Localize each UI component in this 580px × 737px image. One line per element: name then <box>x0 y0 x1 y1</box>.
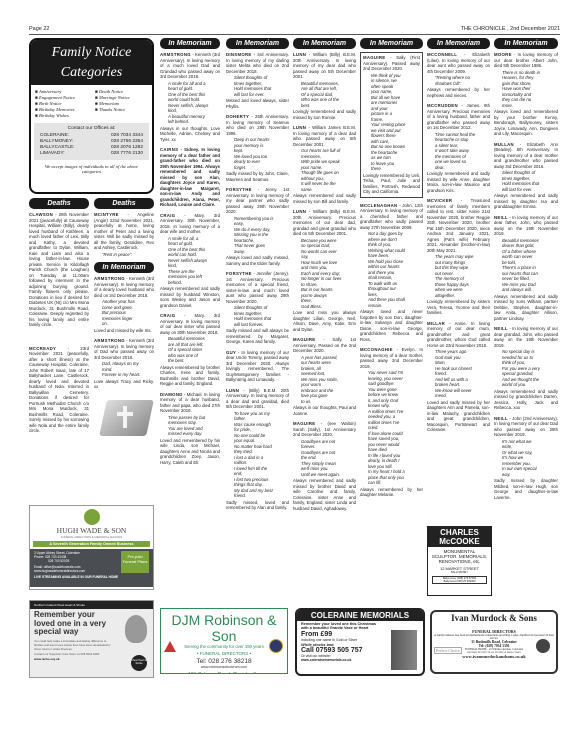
notice-signoff: Always in our thoughts. Love Michelle, A… <box>160 126 220 143</box>
category-item: Memoriam <box>95 101 154 106</box>
ad-ivan-murdock: Ivan Murdock & Sons FUNERAL DIRECTORS A … <box>430 610 558 674</box>
notice-name: FORSYTHE <box>226 187 252 192</box>
crest-icon <box>269 639 283 653</box>
notice-text: - 23rd November 2021 (peacefully, after … <box>29 346 89 434</box>
notice-name: CAIRNS <box>160 147 178 152</box>
notice-verse: The years may wipe out many things but t… <box>427 254 490 298</box>
djm-address: 121 Culcrum Road, Cloughmills, <box>161 672 287 674</box>
notice-name: LUNN <box>293 125 306 130</box>
notice-signoff: Missed and loved always, sister Phyllis. <box>226 98 289 109</box>
notice-name: MULLAN <box>494 142 514 147</box>
notice-signoff: Always remembered and sadly missed by da… <box>494 193 558 210</box>
notice-forsythe: FORSYTHE - Jennifer (Jenny). 1st Anniver… <box>226 271 289 345</box>
notice-name: DOHERTY <box>226 114 249 119</box>
notice-signoff: Sadly missed, loved and remembered by Al… <box>226 500 289 511</box>
notice-name: CRAIG <box>160 313 175 318</box>
notice-name: MILLAR <box>427 321 445 326</box>
notice-mcvicker: MCVICKER - Treasured memories of family … <box>427 198 490 316</box>
notice-signoff: Always remembered and sadly missed by gr… <box>494 389 558 411</box>
notice-name: MCCRUDDEN <box>427 103 458 108</box>
notice-maguire: MAGUIRE - Sally. 1st Anniversary. Passed… <box>293 337 356 416</box>
notice-text: - Angeline (Angie) 22nd November 2021, p… <box>94 212 154 250</box>
notice-armstrong: ARMSTRONG - Kenneth (3rd Anniversary). I… <box>94 276 154 333</box>
notice-lunn: LUNN - William (Billy) B.E.M. 20th Anniv… <box>293 209 356 332</box>
notice-name: ARMSTRONG <box>160 52 191 57</box>
notice-signoff: Lovingly remembered by sisters Vera, Ter… <box>427 299 490 316</box>
notice-signoff: Loved and missed by wife Iris. <box>94 328 154 334</box>
notice-name: MCCONAGHIE <box>360 347 393 352</box>
notice-verse: Silent thoughts of times together, Hold … <box>494 170 558 192</box>
hugh-wade-sub: FUNERAL DIRECTORS & MEMORIAL MASONS <box>30 535 153 539</box>
notice-signoff: Always remembered and sadly missed by so… <box>293 193 356 204</box>
notice-verse: We think of you in silence, we often spe… <box>363 73 420 172</box>
office-row: LIMAVADY:028 7776 2130 <box>40 151 143 157</box>
notice-verse: "Rest in peace". <box>94 252 154 258</box>
notice-signoff: Sadly missed by by John, Claire, Maureen… <box>226 171 289 182</box>
ad-chest-heart-stroke: Northern Ireland Chest Heart & Stroke Re… <box>29 600 154 678</box>
deaths-banner: Deaths <box>29 198 89 209</box>
notice-verse: Beautiful memories, Are all that are lef… <box>293 81 356 109</box>
notice-verse: Beautiful memories are all that are left… <box>160 336 220 364</box>
category-item: Birth Notice <box>35 101 93 106</box>
hugh-wade-logo-icon <box>84 509 100 525</box>
hugh-wade-name: HUGH WADE & SON <box>30 526 153 535</box>
notice-name: MCCREADY <box>29 346 56 351</box>
mccooke-services: MONUMENTAL SCULPTOR, MEMORIALS, RENOVATI… <box>428 547 491 566</box>
notice-verse: Another year has come and gone. But prec… <box>94 299 154 327</box>
notice-signoff: Always remembered and sadly missed by so… <box>494 294 558 322</box>
notice-signoff: Always remembered and sadly missed by hu… <box>160 286 220 308</box>
ad-djm-robinson: DJM Robinson & Son Serving the community… <box>160 608 288 674</box>
notice-verse: You never said I'm leaving, you never sa… <box>360 370 423 486</box>
notice-name: LUNN <box>226 388 239 393</box>
memoriam-banner: In Memoriam <box>160 38 220 49</box>
notice-lunn: LUNN - (Billy) B.E.M. 20th Anniversary. … <box>226 388 289 511</box>
notice-name: MAGUIRE <box>293 337 315 342</box>
notice-moore: MOORE - In loving memory of our dear bro… <box>494 52 558 137</box>
notice-mcconaghie: MCCONAGHIE - Evelyn. In loving memory of… <box>360 347 423 498</box>
chest-body: You could help make a immediate and last… <box>30 639 116 651</box>
notice-signoff: Sadly missed and will always be remember… <box>226 328 289 345</box>
notice-neill: NEILL - In loving memory of our dear gra… <box>494 326 558 411</box>
notice-name: LUNN <box>293 52 306 57</box>
notice-neill: NEILL - In loving memory of our dear fat… <box>494 215 558 322</box>
notice-name: DIAMOND <box>160 392 183 397</box>
deaths-banner: Deaths <box>94 198 154 209</box>
flower-icon <box>125 615 147 643</box>
memoriam-banner: In Memoriam <box>360 38 423 49</box>
chest-logo: Chest Heart & Stroke <box>131 655 147 671</box>
notice-text: - Treasured memories of family members c… <box>427 198 490 253</box>
notice-verse: Goodbyes are not forever. Goodbyes are n… <box>293 439 356 478</box>
ad-charles-mccooke: CHARLES McCOOKE MONUMENTAL SCULPTOR, MEM… <box>427 526 492 596</box>
family-notice-categories: Family Notice Categories Anniversary Dea… <box>29 38 154 194</box>
notice-name: MAGUIRE <box>363 55 385 60</box>
notice-verse: A year has passed, our hearts were broke… <box>293 355 356 405</box>
memoriam-banner: In Memoriam <box>293 38 356 49</box>
notice-name: DINSMORE <box>226 52 252 57</box>
category-item: Engagement Notice <box>35 95 93 100</box>
mccooke-name: CHARLES <box>428 528 491 537</box>
category-item: Anniversary <box>35 89 93 94</box>
notice-forsythe: FORSYTHE - Jenny. 1st Anniversary. In lo… <box>226 187 289 266</box>
notice-verse: Three years ago God took you Mum, He too… <box>427 349 490 399</box>
notice-name: MCINTYRE <box>94 212 119 217</box>
djm-name: DJM Robinson & Son <box>161 612 287 644</box>
notice-verse: Silent thoughts of times together, Hold … <box>226 75 289 97</box>
notice-name: MCVICKER <box>427 198 452 203</box>
page-header: Page 22 THE CHRONICLE , 2nd December 202… <box>29 26 560 35</box>
mccooke-town: BALLYMONEY <box>428 571 491 574</box>
notice-mccrudden: MCCRUDDEN - James. 9th Anniversary. Prec… <box>427 103 490 193</box>
notice-verse: Beautiful memories dearer than gold, Of … <box>494 238 558 293</box>
notice-dinsmore: DINSMORE - 3rd Anniversary. In loving me… <box>226 52 289 109</box>
notice-doherty: DOHERTY - 25th Anniversary. In loving me… <box>226 114 289 182</box>
category-list: Anniversary Death Notice Engagement Noti… <box>31 85 152 121</box>
notice-lunn: LUNN - William (Billy) B.E.M. 20th Anniv… <box>293 52 356 120</box>
column-deaths-1: Deaths CLAWSON - 28th November 2021 (pea… <box>29 198 89 439</box>
ad-hugh-wade: HUGH WADE & SON FUNERAL DIRECTORS & MEMO… <box>29 505 154 590</box>
notice-signoff: Sadly missed by daughter Mildred, son-in… <box>494 478 558 500</box>
column-memoriam-4: In Memoriam DINSMORE - 3rd Anniversary. … <box>226 38 289 516</box>
notice-verse: It's not what we write, Or what we say, … <box>494 439 558 478</box>
notice-name: MAGUIRE <box>293 421 315 426</box>
notice-name: LUNN <box>293 209 306 214</box>
murdock-website[interactable]: www.ivanmurdockandsons.co.uk <box>432 654 556 659</box>
notice-neill: NEILL - John (2nd Anniversary). In lovin… <box>494 416 558 501</box>
notice-verse: "Resting where no shadows fall". <box>427 75 490 86</box>
ad-coleraine-memorials: COLERAINE MEMORIALS Remember your loved … <box>295 608 425 676</box>
hugh-wade-contact: 3 Upper Abbey Street, Coleraine Phone: 0… <box>30 549 153 587</box>
notice-mcclenaghan: MCCLENAGHAN - John. 12th Anniversary. In… <box>360 203 423 343</box>
chest-top: Northern Ireland Chest Heart & Stroke <box>30 601 153 609</box>
notice-text: - Sidney. In loving memory of a dear fat… <box>160 147 220 207</box>
office-phone: 028 7776 2130 <box>111 151 143 157</box>
categories-title: Family Notice Categories <box>31 40 152 85</box>
notice-verse: To have you as my father, Was cause enou… <box>226 411 289 499</box>
category-item: Marriage Notice <box>95 95 154 100</box>
notice-signoff: Always loved and never forgotten by son … <box>360 309 423 342</box>
hugh-wade-streaming: LIVE STREAMING AVAILABLE IN OUR FUNERAL … <box>34 575 149 579</box>
djm-sub: • FUNERAL DIRECTORS • <box>161 651 287 656</box>
category-item: Birthday Wishes <box>35 113 93 118</box>
djm-website[interactable]: www.robinsonsofculcrum.com <box>161 665 287 669</box>
memoriam-banner: In Memoriam <box>226 38 289 49</box>
notice-name: CLAWSON <box>29 212 53 217</box>
notice-signoff: Always in our thoughts, Paul and Joanne. <box>293 405 356 416</box>
memoriam-banner: In Memoriam <box>94 262 154 273</box>
hugh-wade-tagline: A Seventh Generation Family Owned Busine… <box>33 541 150 547</box>
notice-signoff: Love always Tracy and Ricky. xx <box>94 379 154 390</box>
notice-name: CRAIG <box>160 213 175 218</box>
column-deaths-2: Deaths MCINTYRE - Angeline (Angie) 22nd … <box>94 198 154 444</box>
notice-verse: Silent thoughts of times together, Hold … <box>226 305 289 327</box>
memorials-offer: Remember your loved one this Christmas w… <box>297 621 382 631</box>
notice-name: MCCLENAGHAN <box>360 203 397 208</box>
notice-name: ARMSTRONG <box>94 338 125 343</box>
notice-signoff: Always remembered by brother Charles, Ir… <box>160 365 220 387</box>
djm-phone: Tel: 028 276 38218 <box>161 658 287 665</box>
notice-verse: Dad, Always on my mind. Forever in my he… <box>94 361 154 378</box>
contact-heading: Contact our Offices at: <box>40 126 143 131</box>
notice-verse: Time cannot heal the heartache or stop a… <box>427 132 490 171</box>
mccooke-phone: Ballymena (028) 25 663000 <box>433 580 486 583</box>
notice-text: - Jennifer (Jenny). 1st Anniversary. Pre… <box>226 271 289 304</box>
chest-headline: Remember your loved one in a very specia… <box>30 609 118 639</box>
paper-title: THE CHRONICLE , 2nd December 2021 <box>461 26 560 34</box>
notice-verse: Because you were so special Dad, No word… <box>293 238 356 310</box>
notice-mullan: MULLAN - Elizabeth Ann (Beadey). 5th Ann… <box>494 142 558 210</box>
notice-name: MOORE <box>494 52 512 57</box>
notice-signoff: Always remembered by her nephews and nie… <box>427 87 490 98</box>
notice-verse: There is no death in Heaven, for they ga… <box>494 70 558 109</box>
category-item: Thanks Notice <box>95 107 154 112</box>
notice-diamond: DIAMOND - Michael. In loving memory of a… <box>160 392 220 466</box>
notice-signoff: Love and miss you always daughter Lilian… <box>293 310 356 332</box>
notice-signoff: Always loved and sadly missed, Sammy and… <box>226 255 289 266</box>
notice-verse: Deep in our hearts your memory is kept. … <box>226 137 289 170</box>
notice-verse: A smile for all, a heart of gold. One of… <box>160 236 220 286</box>
notice-verse: No special day is needed for us to think… <box>494 349 558 388</box>
crest-icon <box>536 639 550 653</box>
notice-verse: Not a day goes by where we don't think o… <box>360 231 423 308</box>
column-memoriam-8: In Memoriam MOORE - In loving memory of … <box>494 38 558 505</box>
notice-signoff: Lovingly remembered by Ueli, Tisha, Paul… <box>363 173 420 195</box>
notice-signoff: Always remembered by her daughter Melani… <box>360 487 423 498</box>
memoriam-banner: In Memoriam <box>427 38 490 49</box>
notice-armstrong: ARMSTRONG - Kenneth (3rd Anniversary). I… <box>160 52 220 142</box>
page-number: Page 22 <box>29 26 50 34</box>
notice-maguire: MAGUIRE - (nee Walton) Sarah (Sally), 1s… <box>293 421 356 511</box>
contact-offices: Contact our Offices at: COLERAINE:028 70… <box>34 123 149 160</box>
notice-signoff: Loved and sadly missed by her daughters … <box>427 400 490 433</box>
notice-name: NEILL <box>494 215 508 220</box>
notice-name: NEILL <box>494 326 508 331</box>
notice-verse: Time passes by but memories stay. You ar… <box>160 415 220 437</box>
notice-verse: A smile for all and a heart of gold. One… <box>160 81 220 125</box>
notice-signoff: Loved and remembered by his wife Linda, … <box>160 438 220 466</box>
column-memoriam-5: In Memoriam LUNN - William (Billy) B.E.M… <box>293 38 356 516</box>
notice-clawson: CLAWSON - 28th November 2021 (peacefully… <box>29 212 89 328</box>
notice-maguire-boxed: MAGUIRE - Sally (First Anniversary). Pas… <box>360 52 423 198</box>
notice-armstrong: ARMSTRONG - Kenneth (3rd Anniversary). I… <box>94 338 154 390</box>
notice-cairns: CAIRNS - Sidney. In loving memory of a d… <box>160 147 220 208</box>
notice-name: MCCONNELL <box>427 52 457 57</box>
notice-signoff: Always loved and remembered by your brot… <box>494 109 558 137</box>
notice-name: ARMSTRONG <box>94 276 125 281</box>
notice-mccready: MCCREADY - 23rd November 2021 (peacefull… <box>29 346 89 434</box>
notice-signoff: Always remembered and sadly missed by br… <box>293 478 356 511</box>
notice-craig: CRAIG - Mary. 3rd Anniversary. In loving… <box>160 313 220 387</box>
mccooke-name: McCOOKE <box>428 537 491 546</box>
column-memoriam-3: In Memoriam ARMSTRONG - Kenneth (3rd Ann… <box>160 38 220 470</box>
category-item: Death Notice <box>95 89 154 94</box>
murdock-name: Ivan Murdock & Sons <box>432 613 556 623</box>
column-memoriam-7: In Memoriam MCCONNELL - Elizabeth (Lilas… <box>427 38 490 438</box>
notice-name: NEILL <box>494 416 508 421</box>
bible-icon <box>97 396 152 438</box>
notice-text: - In loving memory of our dear Uncle Tom… <box>226 350 289 383</box>
notice-mcintyre: MCINTYRE - Angeline (Angie) 22nd Novembe… <box>94 212 154 257</box>
notice-verse: Remembering you is easy, We do it every … <box>226 216 289 255</box>
headstone-icon <box>391 630 417 670</box>
memoriam-banner: In Memoriam <box>494 38 558 49</box>
notice-millar: MILLAR - Annie. In loving memory of our … <box>427 321 490 433</box>
notice-signoff: Lovingly remembered and sadly missed by … <box>427 171 490 193</box>
notice-lunn: LUNN - William James B.E.M. In loving me… <box>293 125 356 204</box>
notice-guy: GUY - In loving memory of our dear Uncle… <box>226 350 289 383</box>
warning-triangle-icon <box>164 641 176 652</box>
perfect-choice-logo: Perfect Choice <box>434 647 462 654</box>
categories-footnote: We accept images of individuals in all o… <box>31 162 152 176</box>
notice-mcconnell: MCCONNELL - Elizabeth (Lilas). In loving… <box>427 52 490 98</box>
notice-name: GUY <box>226 350 236 355</box>
notice-verse: Our hearts are full of memories, With pr… <box>293 148 356 192</box>
notice-signoff: Lovingly remembered and sadly missed by … <box>293 109 356 120</box>
hugh-wade-prepaid: Pre-paid Funeral Plans <box>121 551 149 573</box>
column-memoriam-6: In Memoriam MAGUIRE - Sally (First Anniv… <box>360 38 423 503</box>
notice-text: - 28th November 2021 (peacefully) at Cau… <box>29 212 89 327</box>
memorials-name: COLERAINE MEMORIALS <box>297 610 423 621</box>
notice-craig: CRAIG - Mary. 3rd Anniversary. 30th Nove… <box>160 213 220 309</box>
office-name: LIMAVADY: <box>40 151 65 157</box>
category-item: Birthday Memories <box>35 107 93 112</box>
notice-name: FORSYTHE <box>226 271 252 276</box>
